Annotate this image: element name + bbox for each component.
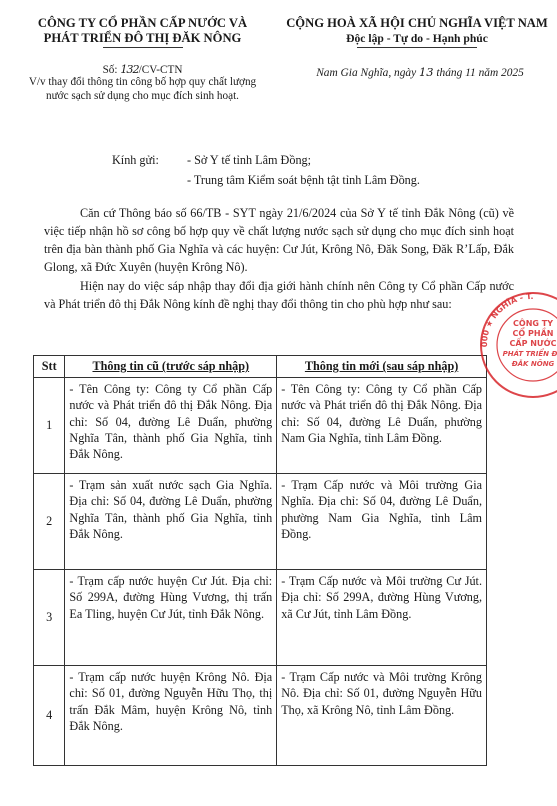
row-old-info: - Trạm cấp nước huyện Krông Nô. Địa chỉ:… [65, 666, 277, 766]
national-motto: Độc lập - Tự do - Hạnh phúc [282, 31, 552, 46]
row-new-info: - Trạm Cấp nước và Môi trường Gia Nghĩa.… [277, 474, 487, 570]
row-stt: 3 [34, 570, 65, 666]
header-stt: Stt [34, 356, 65, 378]
body-paragraph-2: Hiện nay do việc sáp nhập thay đổi địa g… [44, 277, 514, 313]
recipients-label: Kính gửi: [112, 150, 159, 170]
number-prefix: Số: [103, 64, 121, 76]
svg-text:CẤP NƯỚC: CẤP NƯỚC [510, 336, 557, 348]
row-new-info: - Trạm Cấp nước và Môi trường Krông Nô. … [277, 666, 487, 766]
date-rest: tháng 11 năm 2025 [434, 67, 524, 79]
svg-text:CÔNG TY: CÔNG TY [513, 317, 553, 328]
row-stt: 1 [34, 378, 65, 474]
recipients-list: - Sở Y tế tỉnh Lâm Đồng; - Trung tâm Kiể… [187, 150, 420, 190]
svg-text:ĐĂK NÔNG: ĐĂK NÔNG [511, 359, 555, 368]
row-old-info: - Tên Công ty: Công ty Cổ phần Cấp nước … [65, 378, 277, 474]
table-row: 4 - Trạm cấp nước huyện Krông Nô. Địa ch… [34, 666, 487, 766]
nation-title: CỘNG HOÀ XÃ HỘI CHỦ NGHĨA VIỆT NAM [282, 16, 552, 31]
national-header: CỘNG HOÀ XÃ HỘI CHỦ NGHĨA VIỆT NAM Độc l… [282, 16, 552, 48]
svg-text:PHÁT TRIỂN ĐÔ: PHÁT TRIỂN ĐÔ [503, 348, 557, 358]
recipient-item: - Trung tâm Kiểm soát bệnh tật tỉnh Lâm … [187, 170, 420, 190]
header-underline [103, 47, 183, 48]
body-paragraph-1: Căn cứ Thông báo số 66/TB - SYT ngày 21/… [44, 204, 514, 276]
row-stt: 2 [34, 474, 65, 570]
number-suffix: /CV-CTN [139, 64, 183, 76]
organization-name-line2: PHÁT TRIỂN ĐÔ THỊ ĐĂK NÔNG [20, 31, 265, 46]
header-new-info: Thông tin mới (sau sáp nhập) [277, 356, 487, 378]
paragraph-text: Căn cứ Thông báo số 66/TB - SYT ngày 21/… [44, 206, 514, 274]
header-old-info: Thông tin cũ (trước sáp nhập) [65, 356, 277, 378]
organization-name-line1: CÔNG TY CỔ PHẦN CẤP NƯỚC VÀ [20, 16, 265, 31]
handwritten-number: 132 [120, 63, 138, 76]
svg-text:CỔ PHẦN: CỔ PHẦN [513, 326, 554, 338]
table-row: 2 - Trạm sản xuất nước sạch Gia Nghĩa. Đ… [34, 474, 487, 570]
row-old-info: - Trạm cấp nước huyện Cư Jút. Địa chỉ: S… [65, 570, 277, 666]
paragraph-text: Hiện nay do việc sáp nhập thay đổi địa g… [44, 279, 514, 311]
row-new-info: - Tên Công ty: Công ty Cổ phần Cấp nước … [277, 378, 487, 474]
row-stt: 4 [34, 666, 65, 766]
handwritten-day: 13 [419, 65, 434, 79]
row-old-info: - Trạm sản xuất nước sạch Gia Nghĩa. Địa… [65, 474, 277, 570]
document-number: Số: 132/CV-CTN [20, 63, 265, 77]
table-row: 3 - Trạm cấp nước huyện Cư Jút. Địa chỉ:… [34, 570, 487, 666]
document-subject: V/v thay đổi thông tin công bố hợp quy c… [20, 76, 265, 103]
document-date: Nam Gia Nghĩa, ngày 13 tháng 11 năm 2025 [285, 65, 555, 79]
organization-header: CÔNG TY CỔ PHẦN CẤP NƯỚC VÀ PHÁT TRIỂN Đ… [20, 16, 265, 48]
info-change-table: Stt Thông tin cũ (trước sáp nhập) Thông … [33, 355, 487, 766]
table-header-row: Stt Thông tin cũ (trước sáp nhập) Thông … [34, 356, 487, 378]
row-new-info: - Trạm Cấp nước và Môi trường Cư Jút. Đị… [277, 570, 487, 666]
motto-underline [357, 47, 477, 48]
date-place: Nam Gia Nghĩa, ngày [316, 67, 419, 79]
table-row: 1 - Tên Công ty: Công ty Cổ phần Cấp nướ… [34, 378, 487, 474]
recipient-item: - Sở Y tế tỉnh Lâm Đồng; [187, 150, 420, 170]
